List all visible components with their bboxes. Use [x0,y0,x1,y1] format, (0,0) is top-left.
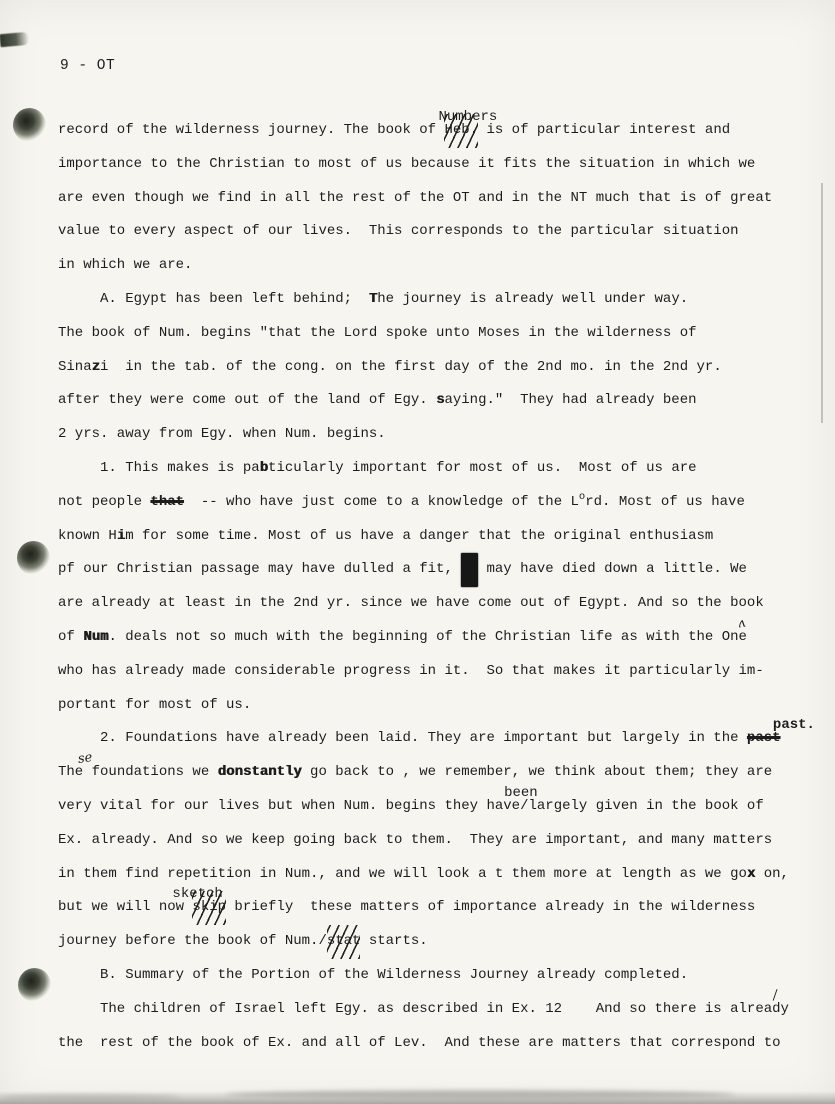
text-line: These foundations we donstantly go back … [58,756,818,790]
bold-text: i [117,520,125,554]
text-segment: These [58,756,83,790]
text-segment: importance to the Christian to most of u… [58,156,755,172]
bold-text: b [260,452,268,486]
sup-text: o [579,492,585,502]
insertion-above: past. [773,718,815,732]
text-segment: The children of Israel left Egy. as desc… [58,1001,772,1017]
text-line: B. Summary of the Portion of the Wildern… [58,959,818,993]
page-number-heading: 9 - OT [60,58,115,74]
text-segment: on, [755,866,789,882]
text-segment: may have died down a little. We [478,561,747,577]
text-segment: rd. Most of us have [585,494,745,510]
text-segment: value to every aspect of our lives. This… [58,223,739,239]
insertion-above: sketch [172,887,222,901]
text-line: 2. Foundations have already been laid. T… [58,722,818,756]
text-segment: pf our Christian passage may have dulled… [58,561,461,577]
text-line: who has already made considerable progre… [58,655,818,689]
text-segment: largely given in the book of [528,798,763,814]
text-segment: who has already made considerable progre… [58,663,764,679]
scan-line-artifact [821,183,823,423]
text-segment: The book of Num. begins "that the Lord s… [58,325,697,341]
text-segment: known H [58,528,117,544]
text-segment: m for some time. Most of us have a dange… [125,528,713,544]
text-line: portant for most of us. [58,689,818,723]
punch-hole-mark-1 [13,108,46,142]
text-segment: -- who have just come to a knowledge of … [184,494,579,510]
text-segment: /been [520,790,528,824]
text-segment: of [58,629,83,645]
text-line: the rest of the book of Ex. and all of L… [58,1027,818,1061]
text-line: value to every aspect of our lives. This… [58,215,818,249]
bold-text: x [747,858,755,892]
text-segment: very vital for our lives but when Num. b… [58,798,520,814]
blackout-text: tm [461,553,478,587]
bold-text: donstantly [218,756,302,790]
text-line: Sinazi in the tab. of the cong. on the f… [58,351,818,385]
text-segment: 2 yrs. away from Egy. when Num. begins. [58,426,386,442]
text-line: in which we are. [58,249,818,283]
text-segment: A. Egypt has been left behind; [58,291,369,307]
text-line: are even though we find in all the rest … [58,182,818,216]
text-segment: Ex. already. And so we keep going back t… [58,832,772,848]
text-segment: 1. This makes is pa [58,460,260,476]
text-segment: in them find repetition in Num., and we … [58,866,747,882]
text-line: but we will now skipsketch briefly these… [58,891,818,925]
bold-text: s [436,384,444,418]
insertion-above: ʌ [737,617,746,632]
text-segment: portant for most of us. [58,697,251,713]
bold-text: z [92,351,100,385]
text-segment: foundations we [83,764,217,780]
text-segment: . deals not so much with the beginning o… [108,629,721,645]
text-line: of Num. deals not so much with the begin… [58,621,818,655]
text-line: after they were come out of the land of … [58,384,818,418]
text-segment: not people [58,494,150,510]
bold-text: T [369,283,377,317]
insertion-above: Numbers [438,110,497,124]
text-segment: y [781,1001,789,1017]
slashed-text: stat [327,925,361,959]
text-segment: in which we are. [58,257,192,273]
insertion-above: been [504,786,538,800]
text-segment: record of the wilderness journey. The bo… [58,122,444,138]
text-segment: d/ [772,993,780,1027]
scanned-document-page: 9 - OT record of the wilderness journey.… [0,0,835,1104]
text-line: are already at least in the 2nd yr. sinc… [58,587,818,621]
text-segment: are already at least in the 2nd yr. sinc… [58,595,764,611]
text-segment: ticularly important for most of us. Most… [268,460,696,476]
text-segment: Sina [58,359,92,375]
text-segment: he journey is already well under way. [377,291,688,307]
text-line: known Him for some time. Most of us have… [58,520,818,554]
text-line: pf our Christian passage may have dulled… [58,553,818,587]
struck-text: that [150,486,184,520]
text-segment: are even though we find in all the rest … [58,190,772,206]
text-line: The children of Israel left Egy. as desc… [58,993,818,1027]
text-segment: go back to , we remember, we think about… [302,764,772,780]
bold-text: Num [83,621,108,655]
text-line: 1. This makes is pabticularly important … [58,452,818,486]
text-segment: starts. [360,933,427,949]
text-line: 2 yrs. away from Egy. when Num. begins. [58,418,818,452]
text-segment: briefly these matters of importance alre… [226,899,755,915]
scan-smudge-top-left [0,32,30,47]
text-segment: B. Summary of the Portion of the Wildern… [58,967,688,983]
text-line: importance to the Christian to most of u… [58,148,818,182]
slashed-text: skipsketch [192,891,226,925]
text-segment: 2. Foundations have already been laid. T… [58,730,747,746]
text-line: journey before the book of Num./stat sta… [58,925,818,959]
text-segment: the rest of the book of Ex. and all of L… [58,1035,781,1051]
text-line: record of the wilderness journey. The bo… [58,114,818,148]
text-line: A. Egypt has been left behind; The journ… [58,283,818,317]
text-segment: is of particular interest and [478,122,730,138]
text-segment: aying." They had already been [444,392,696,408]
text-line: Ex. already. And so we keep going back t… [58,824,818,858]
text-segment: after they were come out of the land of … [58,392,436,408]
struck-text: pastpast. [747,722,781,756]
slashed-text: Heb.Numbers [444,114,478,148]
text-segment: Oneʌ [722,621,747,655]
insertion-above: se [77,751,93,767]
punch-hole-mark-2 [17,541,50,575]
text-segment: journey before the book of Num./ [58,933,327,949]
text-line: The book of Num. begins "that the Lord s… [58,317,818,351]
punch-hole-mark-3 [18,968,51,1002]
scan-edge-bottom [0,1091,835,1104]
typewritten-lines: record of the wilderness journey. The bo… [58,114,818,1060]
text-segment: i in the tab. of the cong. on the first … [100,359,722,375]
text-line: not people that -- who have just come to… [58,486,818,520]
text-line: very vital for our lives but when Num. b… [58,790,818,824]
